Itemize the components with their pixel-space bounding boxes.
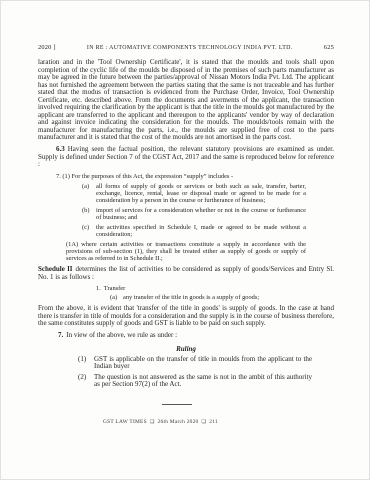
item-text: all forms of supply of goods or services… <box>96 183 306 204</box>
statute-item-c: (c) the activities specified in Schedule… <box>82 224 306 238</box>
footer-page-ref: 211 <box>209 419 218 425</box>
footer-journal-name: GST LAW TIMES <box>103 419 147 425</box>
statute-clause-1a: (1A)where certain activities or transact… <box>66 241 306 262</box>
paragraph-7: 7.In view of the above, we rule as under… <box>38 332 334 340</box>
paragraph-number: 7. <box>58 331 63 339</box>
ruling-heading: Ruling <box>38 345 334 353</box>
separator-box-icon: ❏ <box>201 420 206 425</box>
paragraph-text: Having seen the factual position, the re… <box>38 145 334 168</box>
statute-intro: 7. (1) For the purposes of this Act, the… <box>56 173 308 180</box>
journal-footer: GST LAW TIMES❏26th March 2020❏211 <box>103 419 218 425</box>
clause-label: (1A) <box>66 241 78 248</box>
entry-heading: 1.Transfer <box>96 285 334 292</box>
footer-date: 26th March 2020 <box>158 419 199 425</box>
header-year: 2020 ] <box>38 44 56 51</box>
ruling-item-label: (1) <box>78 356 94 371</box>
header-case-title: IN RE : AUTOMATIVE COMPONENTS TECHNOLOGY… <box>87 45 293 51</box>
item-label: (b) <box>82 207 96 221</box>
paragraph-schedule: Schedule IIdetermines the list of activi… <box>38 266 334 281</box>
ruling-item-2: (2) The question is not answered as the … <box>78 374 312 389</box>
schedule-text: determines the list of activities to be … <box>38 265 334 281</box>
separator-box-icon: ❏ <box>150 420 155 425</box>
paragraph-6-3: 6.3Having seen the factual position, the… <box>38 146 334 169</box>
running-header: 2020 ] IN RE : AUTOMATIVE COMPONENTS TEC… <box>38 44 334 51</box>
paragraph-text: In view of the above, we rule as under : <box>66 331 177 339</box>
header-page-number: 625 <box>324 44 334 51</box>
statute-item-b: (b) import of services for a considerati… <box>82 207 306 221</box>
item-label: (c) <box>82 224 96 238</box>
entry-sub-label: (a) <box>110 294 123 301</box>
entry-quotation: 1.Transfer (a) any transfer of the title… <box>38 285 334 301</box>
item-text: the activities specified in Schedule I, … <box>96 224 306 238</box>
entry-sub-text: any transfer of the title in goods is a … <box>123 294 314 301</box>
ruling-item-1: (1) GST is applicable on the transfer of… <box>78 356 312 371</box>
item-text: import of services for a consideration w… <box>96 207 306 221</box>
item-label: (a) <box>82 183 96 204</box>
ruling-item-label: (2) <box>78 374 94 389</box>
statute-quotation: 7. (1) For the purposes of this Act, the… <box>38 173 334 263</box>
journal-page: 2020 ] IN RE : AUTOMATIVE COMPONENTS TEC… <box>0 0 370 480</box>
clause-text: where certain activities or transactions… <box>66 241 306 262</box>
statute-item-a: (a) all forms of supply of goods or serv… <box>82 183 306 204</box>
page-content: 2020 ] IN RE : AUTOMATIVE COMPONENTS TEC… <box>38 44 334 405</box>
entry-number: 1. <box>96 285 101 292</box>
end-of-case-divider <box>162 404 192 405</box>
paragraph-conclusion: From the above, it is evident that 'tran… <box>38 305 334 328</box>
ruling-item-text: The question is not answered as the same… <box>94 374 312 389</box>
ruling-item-text: GST is applicable on the transfer of tit… <box>94 356 312 371</box>
entry-sub-item: (a) any transfer of the title in goods i… <box>110 294 314 301</box>
entry-title: Transfer <box>104 285 125 292</box>
paragraph-continuation: laration and in the 'Tool Ownership Cert… <box>38 59 334 142</box>
